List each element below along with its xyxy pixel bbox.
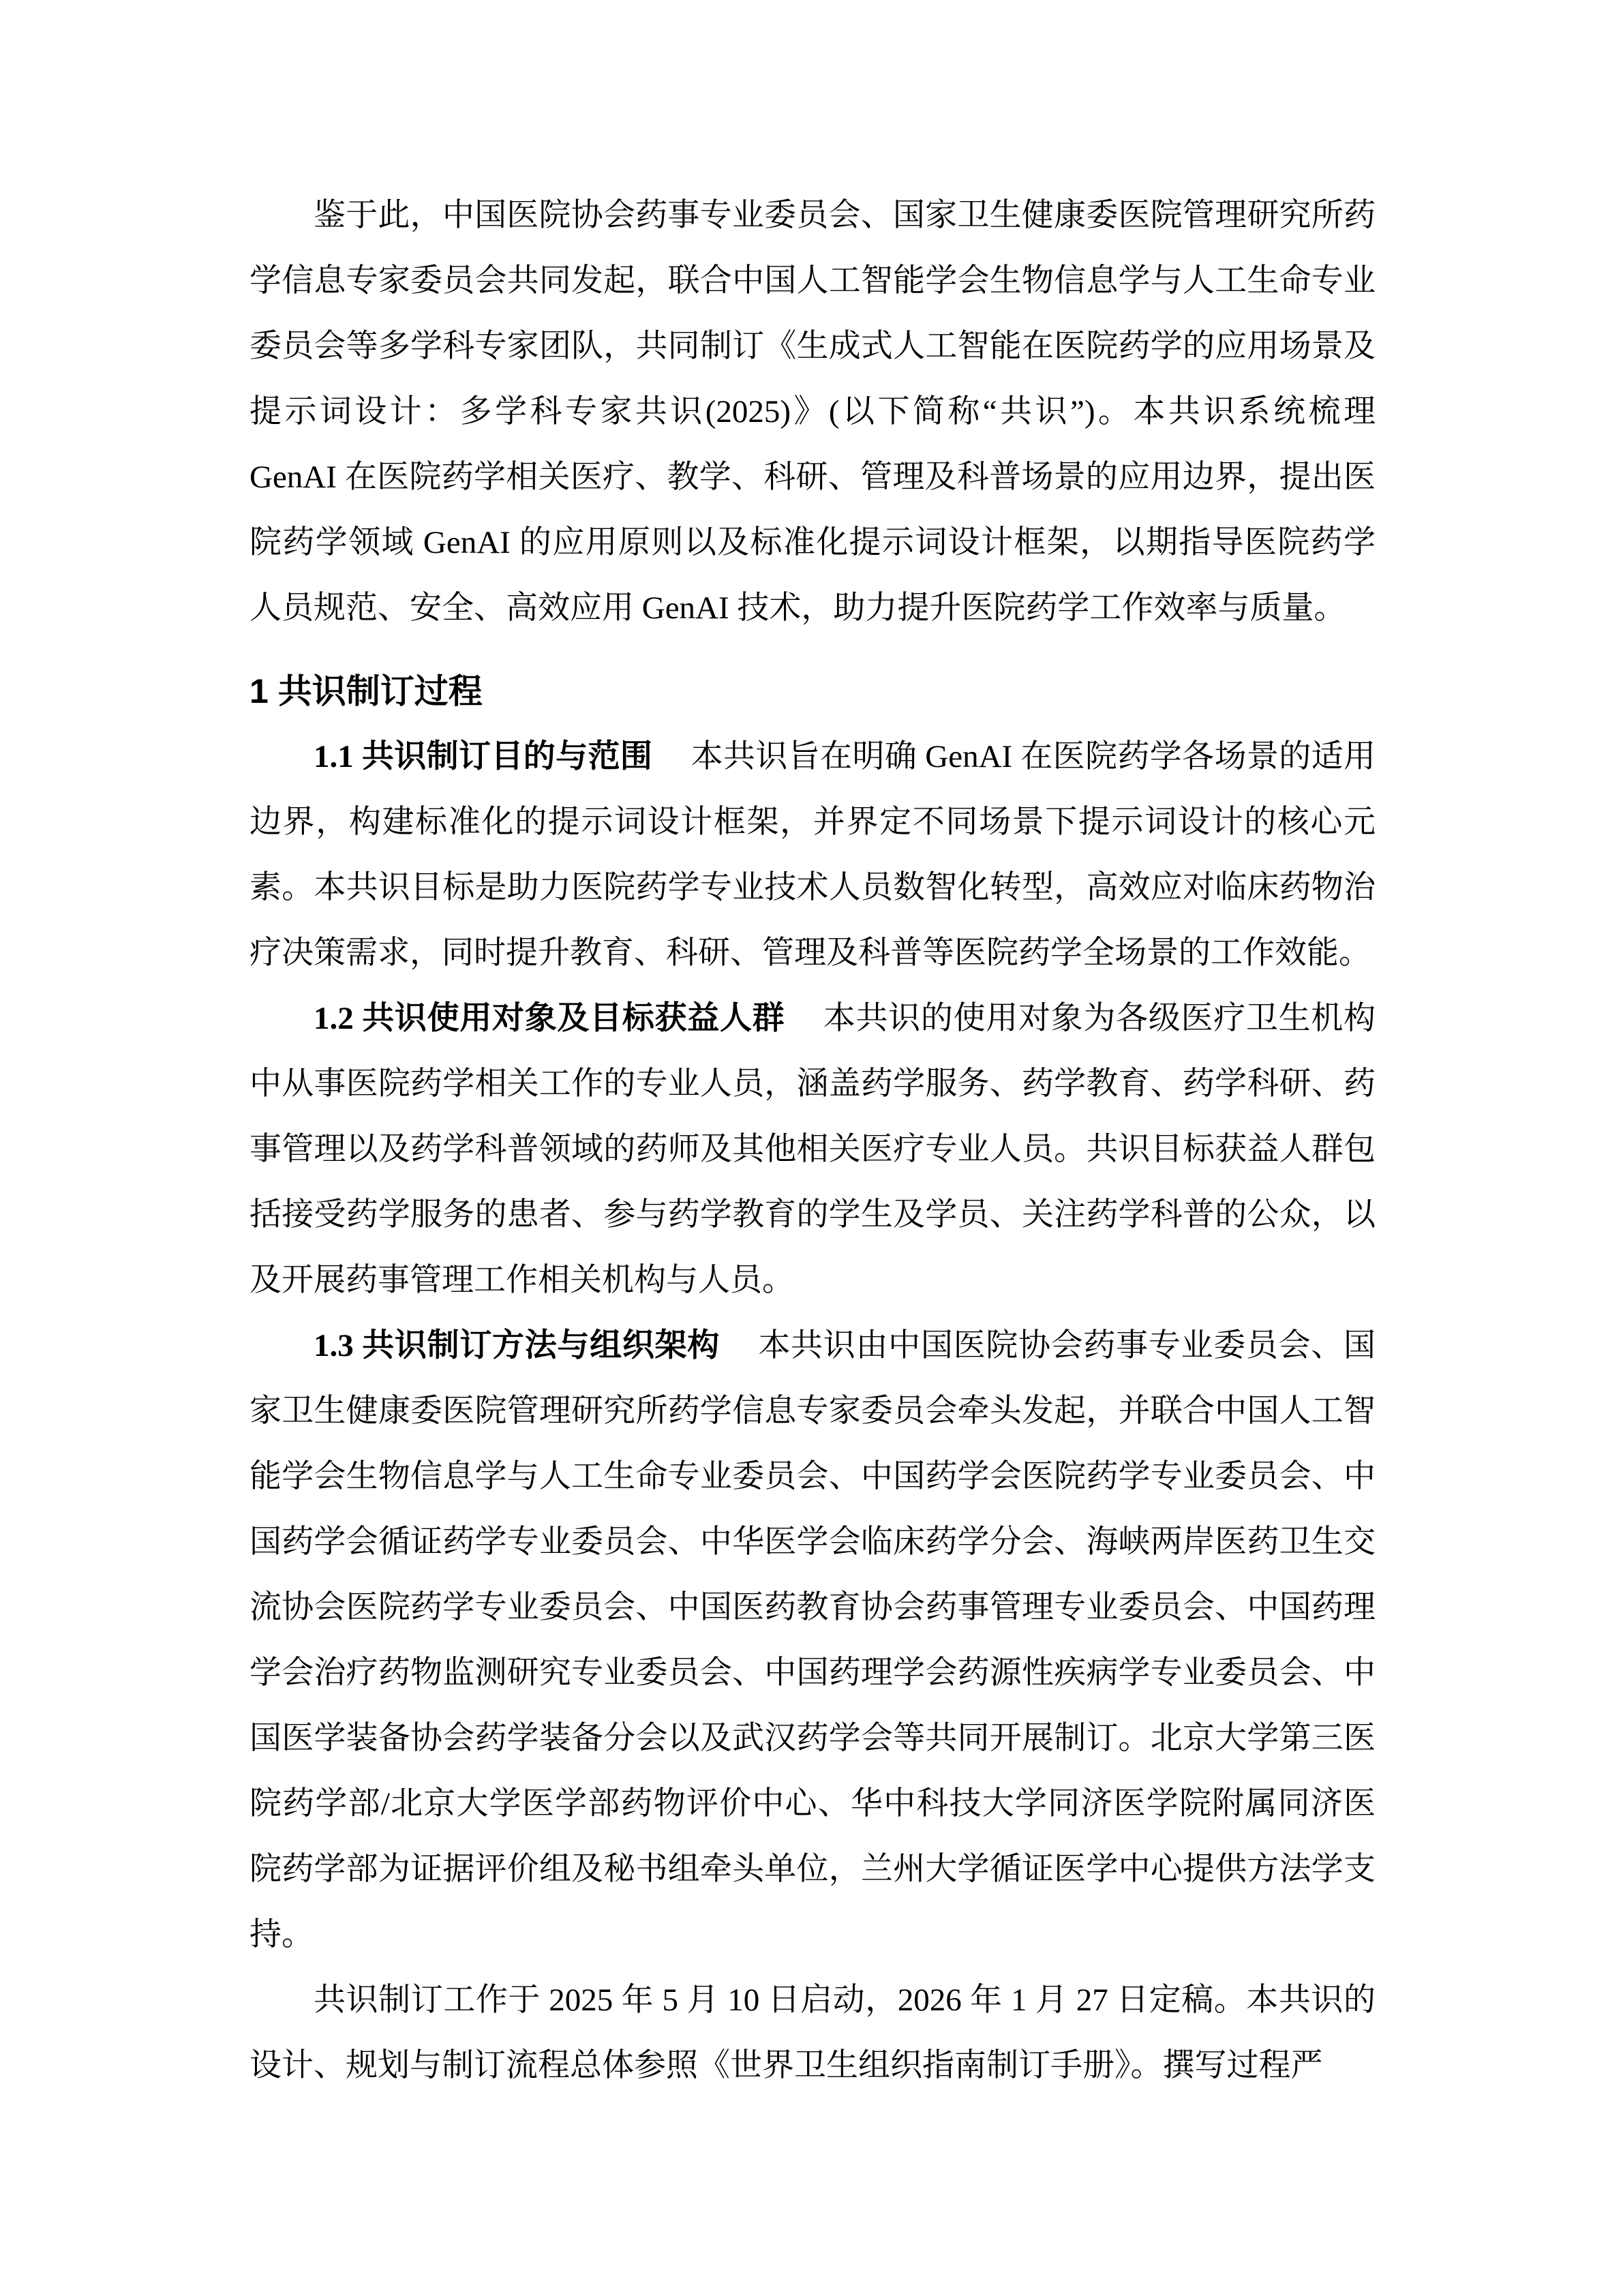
section-1-1-label: 1.1 共识制订目的与范围 bbox=[314, 739, 652, 774]
timeline-paragraph: 共识制订工作于 2025 年 5 月 10 日启动，2026 年 1 月 27 … bbox=[249, 1967, 1376, 2098]
section-1-1-paragraph: 1.1 共识制订目的与范围本共识旨在明确 GenAI 在医院药学各场景的适用边界… bbox=[249, 724, 1376, 986]
section-1-2-text: 本共识的使用对象为各级医疗卫生机构中从事医院药学相关工作的专业人员，涵盖药学服务… bbox=[249, 1001, 1376, 1298]
section-1-3-label: 1.3 共识制订方法与组织架构 bbox=[314, 1328, 720, 1363]
section-1-3-paragraph: 1.3 共识制订方法与组织架构本共识由中国医院协会药事专业委员会、国家卫生健康委… bbox=[249, 1313, 1376, 1967]
section-1-2-paragraph: 1.2 共识使用对象及目标获益人群本共识的使用对象为各级医疗卫生机构中从事医院药… bbox=[249, 986, 1376, 1313]
section-1-2-label: 1.2 共识使用对象及目标获益人群 bbox=[314, 1001, 785, 1036]
section-1-heading: 1 共识制订过程 bbox=[249, 659, 1376, 724]
page-content: 鉴于此，中国医院协会药事专业委员会、国家卫生健康委医院管理研究所药学信息专家委员… bbox=[249, 183, 1376, 2098]
section-1-3-text: 本共识由中国医院协会药事专业委员会、国家卫生健康委医院管理研究所药学信息专家委员… bbox=[249, 1328, 1376, 1952]
document-page: 鉴于此，中国医院协会药事专业委员会、国家卫生健康委医院管理研究所药学信息专家委员… bbox=[0, 0, 1623, 2296]
intro-paragraph: 鉴于此，中国医院协会药事专业委员会、国家卫生健康委医院管理研究所药学信息专家委员… bbox=[249, 183, 1376, 641]
